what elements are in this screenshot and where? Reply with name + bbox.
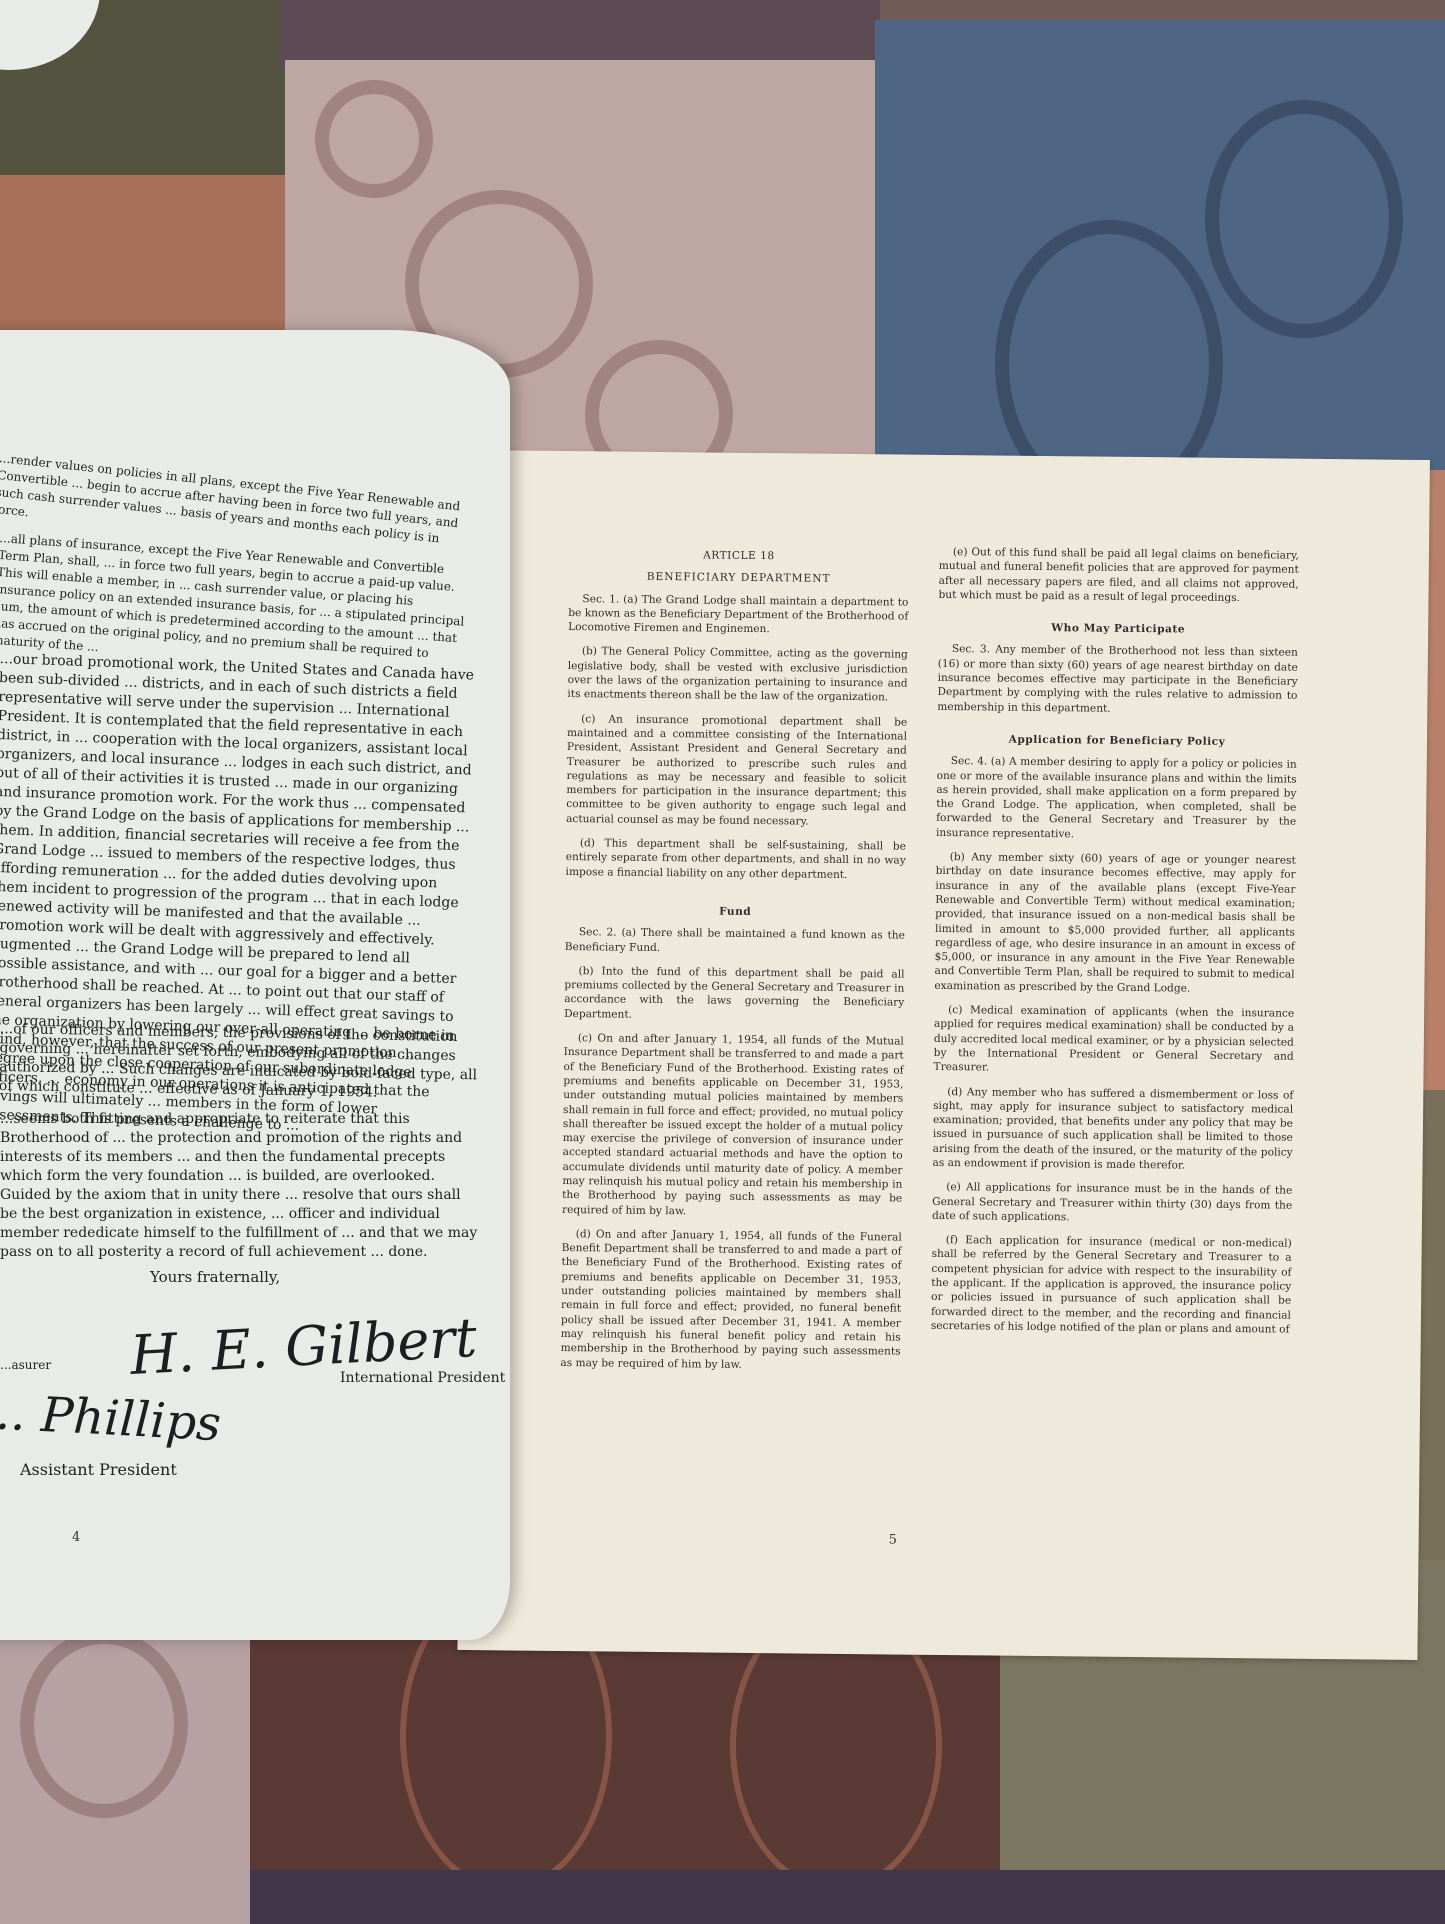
page-5: ARTICLE 18 BENEFICIARY DEPARTMENT Sec. 1…	[457, 450, 1430, 1660]
section-2b: (b) Into the fund of this department sha…	[564, 964, 905, 1025]
section-2e: (e) Out of this fund shall be paid all l…	[938, 545, 1299, 606]
fund-heading: Fund	[565, 903, 905, 921]
department-title: BENEFICIARY DEPARTMENT	[569, 569, 909, 587]
application-heading: Application for Beneficiary Policy	[937, 732, 1297, 750]
signature-phillips: ... Phillips	[0, 1384, 222, 1453]
section-1d: (d) This department shall be self-sustai…	[566, 836, 906, 882]
participate-heading: Who May Participate	[938, 620, 1298, 638]
left-paragraph-4: ...of our officers and members, the prov…	[0, 1020, 480, 1104]
section-4e: (e) All applications for insurance must …	[932, 1180, 1292, 1227]
tablecloth-navy-tile	[250, 1870, 1445, 1924]
signature-title-president: International President	[340, 1370, 505, 1386]
section-4b: (b) Any member sixty (60) years of age o…	[934, 850, 1295, 997]
section-3: Sec. 3. Any member of the Brotherhood no…	[937, 642, 1298, 717]
page-number-5: 5	[889, 1532, 897, 1547]
closing-salutation: Yours fraternally,	[150, 1268, 280, 1286]
signature-title-treasurer-fragment: ...asurer	[0, 1358, 51, 1372]
column-left: ARTICLE 18 BENEFICIARY DEPARTMENT Sec. 1…	[560, 541, 909, 1383]
column-right: (e) Out of this fund shall be paid all l…	[931, 545, 1299, 1347]
section-4f: (f) Each application for insurance (medi…	[931, 1233, 1292, 1337]
left-paragraph-5: ...seems both fitting and appropriate to…	[0, 1110, 480, 1262]
signature-title-assistant-president: Assistant President	[20, 1460, 177, 1479]
section-2c: (c) On and after January 1, 1954, all fu…	[562, 1031, 904, 1220]
section-1a: Sec. 1. (a) The Grand Lodge shall mainta…	[568, 592, 908, 638]
section-1b: (b) The General Policy Committee, acting…	[567, 645, 908, 706]
swirl-pattern	[20, 1630, 188, 1818]
section-2d: (d) On and after January 1, 1954, all fu…	[560, 1227, 901, 1374]
section-1c: (c) An insurance promotional department …	[566, 712, 907, 830]
swirl-pattern	[1205, 100, 1403, 338]
section-2a: Sec. 2. (a) There shall be maintained a …	[565, 925, 905, 957]
section-4c: (c) Medical examination of applicants (w…	[933, 1003, 1294, 1078]
section-4a: Sec. 4. (a) A member desiring to apply f…	[936, 754, 1297, 844]
page-4: ...render values on policies in all plan…	[0, 330, 510, 1640]
swirl-pattern	[315, 80, 433, 198]
tablecloth-rose-tile	[0, 1590, 260, 1924]
page-number-4: 4	[72, 1530, 80, 1545]
section-4d: (d) Any member who has suffered a dismem…	[932, 1084, 1293, 1174]
article-number: ARTICLE 18	[569, 547, 909, 565]
